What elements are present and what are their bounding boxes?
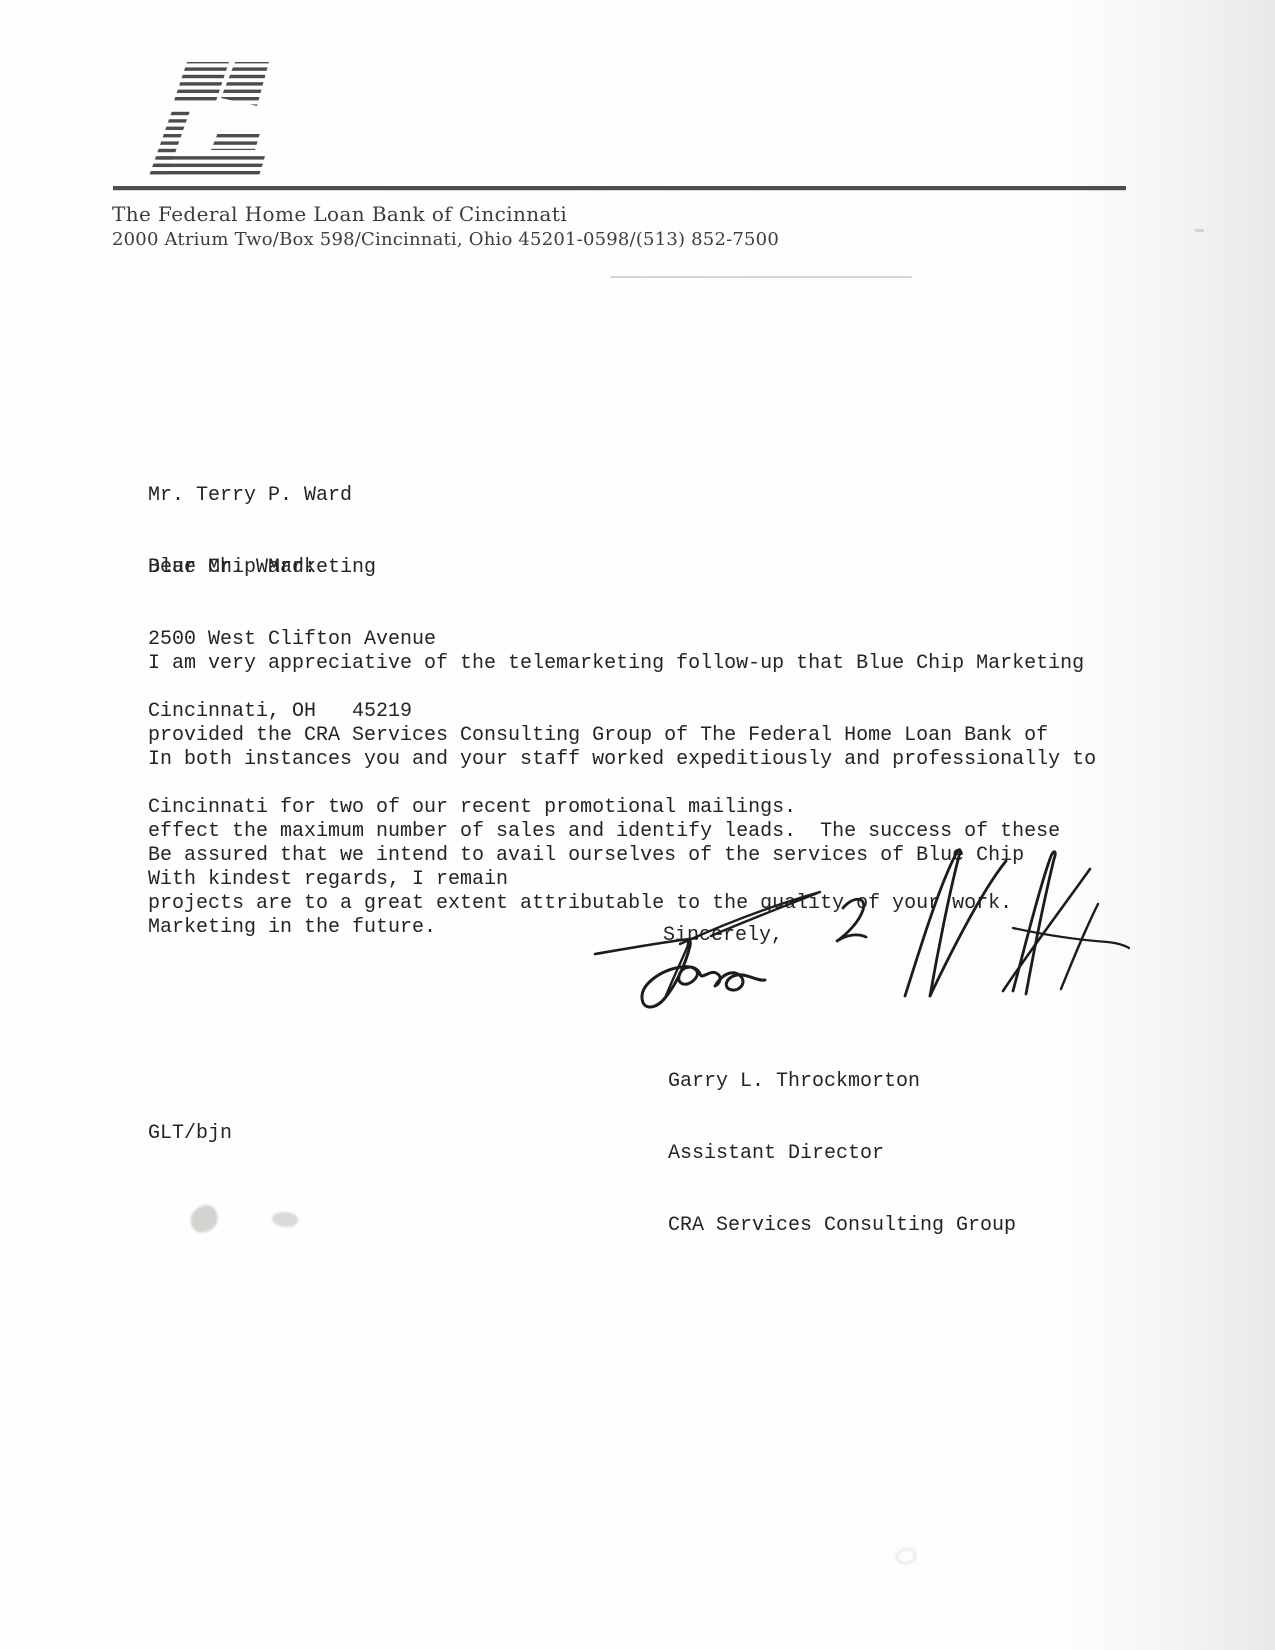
- signer-block: Garry L. Throckmorton Assistant Director…: [668, 1022, 1016, 1286]
- scan-artifact-line: [610, 276, 912, 278]
- letterhead-rule: [113, 186, 1126, 190]
- scan-smudge: [271, 1210, 299, 1229]
- salutation: Dear Mr. Ward:: [148, 556, 316, 580]
- scan-smudge: [896, 1548, 916, 1564]
- body-line: In both instances you and your staff wor…: [148, 748, 1096, 772]
- recipient-name-line: Mr. Terry P. Ward: [148, 484, 436, 508]
- bank-name: The Federal Home Loan Bank of Cincinnati: [112, 202, 567, 226]
- closing-line: With kindest regards, I remain: [148, 868, 508, 892]
- bank-address: 2000 Atrium Two/Box 598/Cincinnati, Ohio…: [112, 229, 779, 250]
- signer-title: Assistant Director: [668, 1142, 1016, 1166]
- signer-department: CRA Services Consulting Group: [668, 1214, 1016, 1238]
- signature-strokes: [585, 838, 1130, 1023]
- striped-c-logo-graphic: [145, 60, 270, 178]
- signer-name: Garry L. Throckmorton: [668, 1070, 1016, 1094]
- bank-logo: [145, 60, 270, 178]
- letter-page: The Federal Home Loan Bank of Cincinnati…: [0, 0, 1275, 1650]
- typist-initials: GLT/bjn: [148, 1122, 232, 1146]
- signature: [585, 838, 1130, 1023]
- body-line: I am very appreciative of the telemarket…: [148, 652, 1084, 676]
- scan-speck: [1195, 229, 1204, 232]
- scan-smudge: [186, 1202, 221, 1236]
